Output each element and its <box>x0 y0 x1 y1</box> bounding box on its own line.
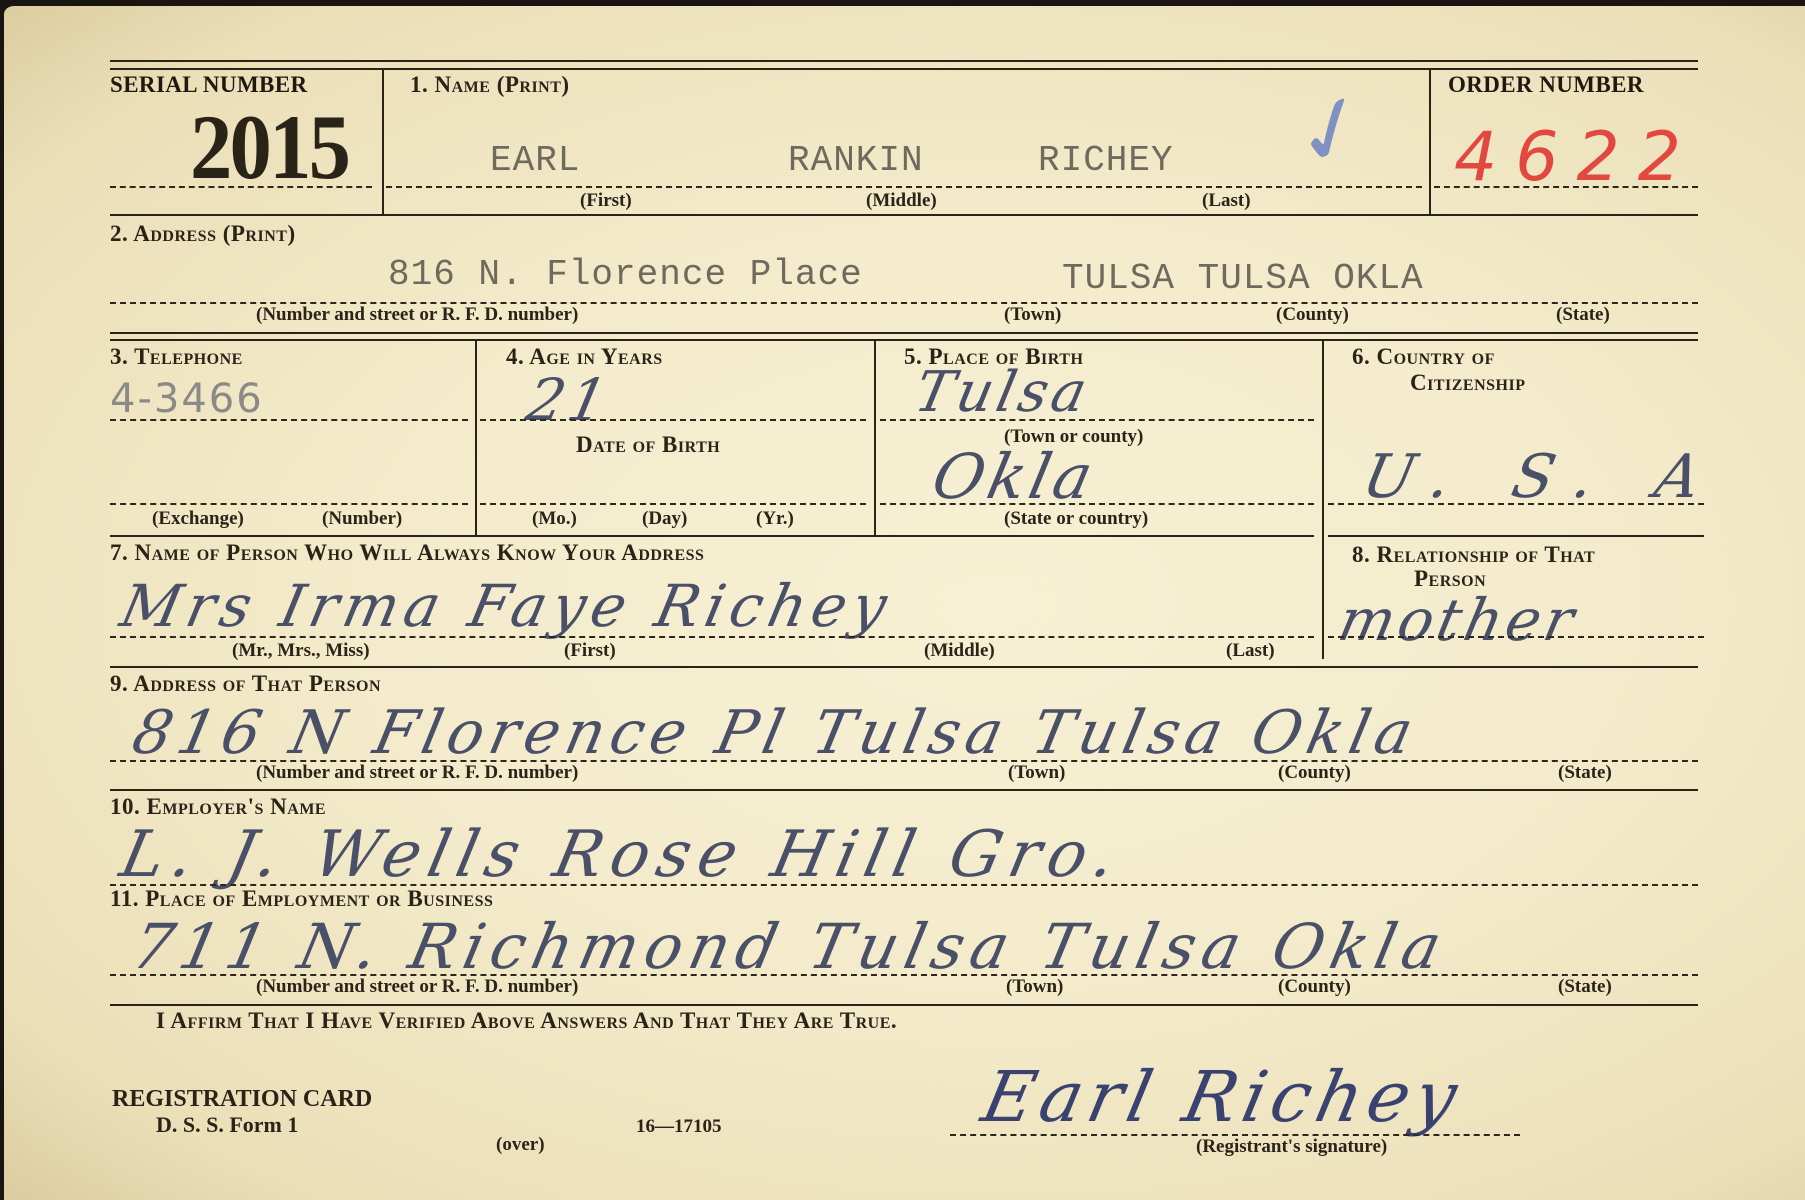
employment-street-caption: (Number and street or R. F. D. number) <box>256 976 578 998</box>
print-code: 16—17105 <box>636 1116 722 1138</box>
name-last-value: RICHEY <box>1038 140 1174 181</box>
dob-month-caption: (Mo.) <box>532 508 577 530</box>
contact-address-state-caption: (State) <box>1558 762 1612 784</box>
address-state-caption: (State) <box>1556 304 1610 326</box>
name-middle-caption: (Middle) <box>866 190 937 212</box>
contact-first-caption: (First) <box>564 640 616 662</box>
check-mark-icon: ✓ <box>1278 68 1385 192</box>
address-town-county-state-value: TULSA TULSA OKLA <box>1062 258 1424 299</box>
employer-label: 10. Employer's Name <box>110 794 326 820</box>
contact-address-street-caption: (Number and street or R. F. D. number) <box>256 762 578 784</box>
employment-place-label: 11. Place of Employment or Business <box>110 886 493 912</box>
name-label: 1. Name (Print) <box>410 72 570 98</box>
row-rule <box>110 666 1698 668</box>
name-first-value: EARL <box>490 140 580 181</box>
contact-person-value: Mrs Irma Faye Richey <box>115 572 899 640</box>
top-rule-inner <box>110 68 1698 70</box>
row-rule <box>110 535 1314 537</box>
address-town-caption: (Town) <box>1004 304 1061 326</box>
address-label: 2. Address (Print) <box>110 221 296 247</box>
birthplace-town-value: Tulsa <box>909 360 1096 425</box>
contact-address-label: 9. Address of That Person <box>110 671 381 697</box>
name-middle-value: RANKIN <box>788 140 924 181</box>
divider <box>475 339 477 535</box>
employment-place-value: 711 N. Richmond Tulsa Tulsa Okla <box>126 910 1454 983</box>
relationship-value: mother <box>1333 586 1584 654</box>
employment-town-caption: (Town) <box>1006 976 1063 998</box>
row-rule <box>1328 535 1704 537</box>
divider <box>1429 68 1431 214</box>
telephone-exchange-caption: (Exchange) <box>152 508 244 530</box>
name-first-caption: (First) <box>580 190 632 212</box>
dob-underline <box>480 503 866 505</box>
citizenship-label-line2: Citizenship <box>1410 370 1525 396</box>
registration-card-title: REGISTRATION CARD <box>112 1086 372 1113</box>
registrant-signature: Earl Richey <box>975 1056 1470 1138</box>
serial-number-value: 2015 <box>190 94 348 200</box>
employment-state-caption: (State) <box>1558 976 1612 998</box>
address-street-value: 816 N. Florence Place <box>388 254 863 295</box>
signature-caption: (Registrant's signature) <box>1196 1136 1387 1158</box>
registration-card: SERIAL NUMBER 2015 1. Name (Print) EARL … <box>0 0 1805 1200</box>
divider <box>874 339 876 535</box>
age-underline <box>480 419 866 421</box>
row-rule-outer <box>110 332 1698 334</box>
citizenship-value: U. S. A <box>1357 442 1730 512</box>
telephone-number-caption: (Number) <box>322 508 402 530</box>
contact-person-label: 7. Name of Person Who Will Always Know Y… <box>110 540 704 566</box>
telephone-value: 4-3466 <box>110 376 264 422</box>
over-label: (over) <box>496 1134 545 1156</box>
name-last-caption: (Last) <box>1202 190 1251 212</box>
address-county-caption: (County) <box>1276 304 1349 326</box>
serial-underline <box>110 186 372 188</box>
dob-year-caption: (Yr.) <box>756 508 794 530</box>
form-id: D. S. S. Form 1 <box>156 1112 298 1138</box>
address-street-caption: (Number and street or R. F. D. number) <box>256 304 578 326</box>
citizenship-label-line1: 6. Country of <box>1352 344 1495 370</box>
relationship-underline <box>1328 636 1704 638</box>
telephone-label: 3. Telephone <box>110 344 243 370</box>
row-rule <box>110 789 1698 791</box>
telephone-underline-2 <box>110 503 468 505</box>
contact-address-town-caption: (Town) <box>1008 762 1065 784</box>
top-rule-outer <box>110 60 1698 62</box>
contact-address-value: 816 N Florence Pl Tulsa Tulsa Okla <box>127 698 1425 768</box>
contact-last-caption: (Last) <box>1226 640 1275 662</box>
date-of-birth-label: Date of Birth <box>576 432 720 458</box>
citizenship-underline <box>1328 503 1704 505</box>
contact-middle-caption: (Middle) <box>924 640 995 662</box>
order-number-label: ORDER NUMBER <box>1448 72 1644 98</box>
contact-address-county-caption: (County) <box>1278 762 1351 784</box>
row-rule <box>110 214 1698 216</box>
divider <box>382 68 384 214</box>
relationship-label-line1: 8. Relationship of That <box>1352 542 1595 568</box>
employer-value: L. J. Wells Rose Hill Gro. <box>114 818 1130 892</box>
order-underline <box>1434 186 1698 188</box>
dob-day-caption: (Day) <box>642 508 687 530</box>
age-value: 21 <box>521 366 617 434</box>
birthplace-state-underline <box>880 503 1314 505</box>
divider <box>1322 339 1324 659</box>
contact-title-caption: (Mr., Mrs., Miss) <box>232 640 370 662</box>
birthplace-town-underline <box>880 419 1314 421</box>
contact-underline <box>110 636 1314 638</box>
row-rule <box>110 1004 1698 1006</box>
birthplace-state-caption: (State or country) <box>1004 508 1148 530</box>
row-rule-inner <box>110 339 1698 341</box>
employment-county-caption: (County) <box>1278 976 1351 998</box>
name-underline <box>386 186 1422 188</box>
telephone-underline-1 <box>110 419 468 421</box>
affirmation-text: I Affirm That I Have Verified Above Answ… <box>156 1008 897 1034</box>
